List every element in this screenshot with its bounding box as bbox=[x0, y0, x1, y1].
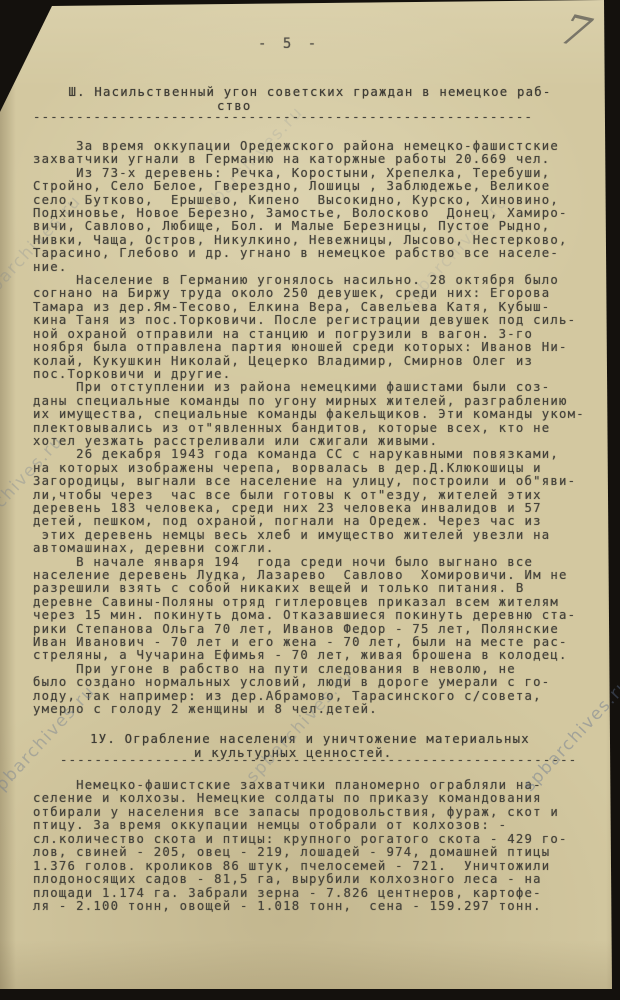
text-line: ля - 2.100 тонн, овощей - 1.018 тонн, се… bbox=[33, 900, 608, 913]
section-heading-line: 1У. Ограбление населения и уничтожение м… bbox=[34, 732, 586, 746]
text-line: через 15 мин. покинуть дома. Отказавшиес… bbox=[33, 609, 608, 622]
text-line: лов, свиней - 205, овец - 219, лошадей -… bbox=[33, 846, 608, 859]
text-line: кина Таня из пос.Торковичи. После регист… bbox=[33, 314, 608, 327]
text-line: Стройно, Село Белое, Гверездно, Лошицы ,… bbox=[33, 180, 608, 193]
text-line: этих деревень немцы весь хлеб и имуществ… bbox=[33, 529, 608, 542]
page-number: - 5 - bbox=[258, 36, 320, 52]
heading-underline: ----------------------------------------… bbox=[33, 110, 533, 124]
text-line: автомашинах, деревни сожгли. bbox=[33, 542, 608, 555]
scanned-archival-document: { "page": { "page_number": "- 5 -", "han… bbox=[0, 0, 620, 1000]
text-line: согнано на Биржу труда около 250 девушек… bbox=[33, 287, 608, 300]
text-line: даны специальные команды по угону мирных… bbox=[33, 395, 608, 408]
text-line: стреляны, а Чучарина Ефимья - 70 лет, жи… bbox=[33, 649, 608, 662]
text-line: вичи, Савлово, Любище, Бол. и Малые Бере… bbox=[33, 220, 608, 233]
text-line: Немецко-фашистские захватчики планомерно… bbox=[33, 779, 608, 792]
text-line: плектовывались из от"явленных бандитов, … bbox=[33, 422, 608, 435]
text-line: плодоносящих садов - 81,5 га, вырубили к… bbox=[33, 873, 608, 886]
text-line: колай, Кукушкин Николай, Цецерко Владими… bbox=[33, 355, 608, 368]
text-line: При отступлении из района немецкими фаши… bbox=[33, 381, 608, 394]
section-heading-line: Ш. Насильственный угон советских граждан… bbox=[34, 85, 586, 99]
text-line: ноября была отправлена партия юношей сре… bbox=[33, 341, 608, 354]
text-line: захватчики угнали в Германию на каторжны… bbox=[33, 153, 608, 166]
text-line: деревне Савины-Поляны отряд гитлеровцев … bbox=[33, 596, 608, 609]
text-line: село, Бутково, Ерышево, Кипено Высокидно… bbox=[33, 194, 608, 207]
text-line: Тарасино, Глебово и др. угнано в немецко… bbox=[33, 247, 608, 260]
body-text-plunder-section: Немецко-фашистские захватчики планомерно… bbox=[33, 779, 608, 913]
text-line: площади 1.174 га. Забрали зерна - 7.826 … bbox=[33, 887, 608, 900]
text-line: их имущества, специальные команды факель… bbox=[33, 408, 608, 421]
text-line: разрешили взять с собой никаких вещей и … bbox=[33, 582, 608, 595]
text-line: ли,чтобы через час все были готовы к от"… bbox=[33, 489, 608, 502]
text-line: детей, пешком, под охраной, погнали на О… bbox=[33, 515, 608, 528]
text-line: В начале января 194 года среди ночи было… bbox=[33, 556, 608, 569]
body-text-deportation-section: За время оккупации Оредежского района не… bbox=[33, 140, 608, 716]
text-line: было создано нормальных условий, люди в … bbox=[33, 676, 608, 689]
heading-underline: ----------------------------------------… bbox=[60, 753, 577, 767]
text-line: 26 декабря 1943 года команда СС с нарука… bbox=[33, 448, 608, 461]
section-heading-deportation: Ш. Насильственный угон советских граждан… bbox=[34, 85, 586, 113]
text-line: умерло с голоду 2 женщины и 8 чел.детей. bbox=[33, 703, 608, 716]
text-line: Население в Германию угонялось насильно.… bbox=[33, 274, 608, 287]
text-line: селение и колхозы. Немецкие солдаты по п… bbox=[33, 792, 608, 805]
text-line: Загородицы, выгнали все население на ули… bbox=[33, 475, 608, 488]
text-line: Тамара из дер.Ям-Тесово, Елкина Вера, Са… bbox=[33, 301, 608, 314]
text-line: птицу. За время оккупации немцы отобрали… bbox=[33, 819, 608, 832]
